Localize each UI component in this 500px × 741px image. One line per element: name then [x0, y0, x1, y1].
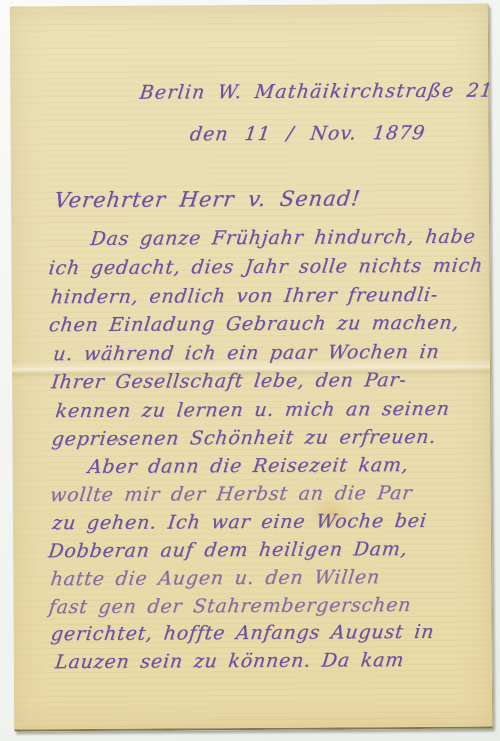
body-line: chen Einladung Gebrauch zu machen,: [48, 312, 461, 337]
body-line: u. während ich ein paar Wochen in: [52, 341, 441, 365]
salutation-line: Verehrter Herr v. Senad!: [53, 186, 362, 212]
address-line: Berlin W. Mathäikirchstraße 21: [138, 80, 494, 104]
body-line: Aber dann die Reisezeit kam,: [87, 454, 410, 478]
body-line: Dobberan auf dem heiligen Dam,: [47, 538, 409, 562]
body-line: ich gedacht, dies Jahr solle nichts mich: [47, 255, 484, 280]
body-line: gepriesenen Schönheit zu erfreuen.: [51, 426, 438, 450]
letter-scan-photo: Berlin W. Mathäikirchstraße 21 den 11 / …: [0, 0, 500, 741]
date-line: den 11 / Nov. 1879: [189, 122, 427, 145]
body-line: Ihrer Gesellschaft lebe, den Par-: [50, 369, 408, 393]
body-line: kennen zu lernen u. mich an seinen: [54, 398, 451, 422]
body-line: hindern, endlich von Ihrer freundli-: [50, 284, 440, 308]
body-line: Das ganze Frühjahr hindurch, habe: [89, 226, 477, 250]
body-line: Lauzen sein zu können. Da kam: [54, 649, 406, 673]
letter-paper: Berlin W. Mathäikirchstraße 21 den 11 / …: [10, 4, 493, 732]
body-line: zu gehen. Ich war eine Woche bei: [51, 510, 428, 534]
body-line: wollte mir der Herbst an die Par: [49, 482, 414, 506]
body-line: hatte die Augen u. den Willen: [49, 566, 381, 590]
body-line: fast gen der Stahrembergerschen: [48, 594, 413, 618]
body-line: gerichtet, hoffte Anfangs August in: [50, 621, 436, 645]
